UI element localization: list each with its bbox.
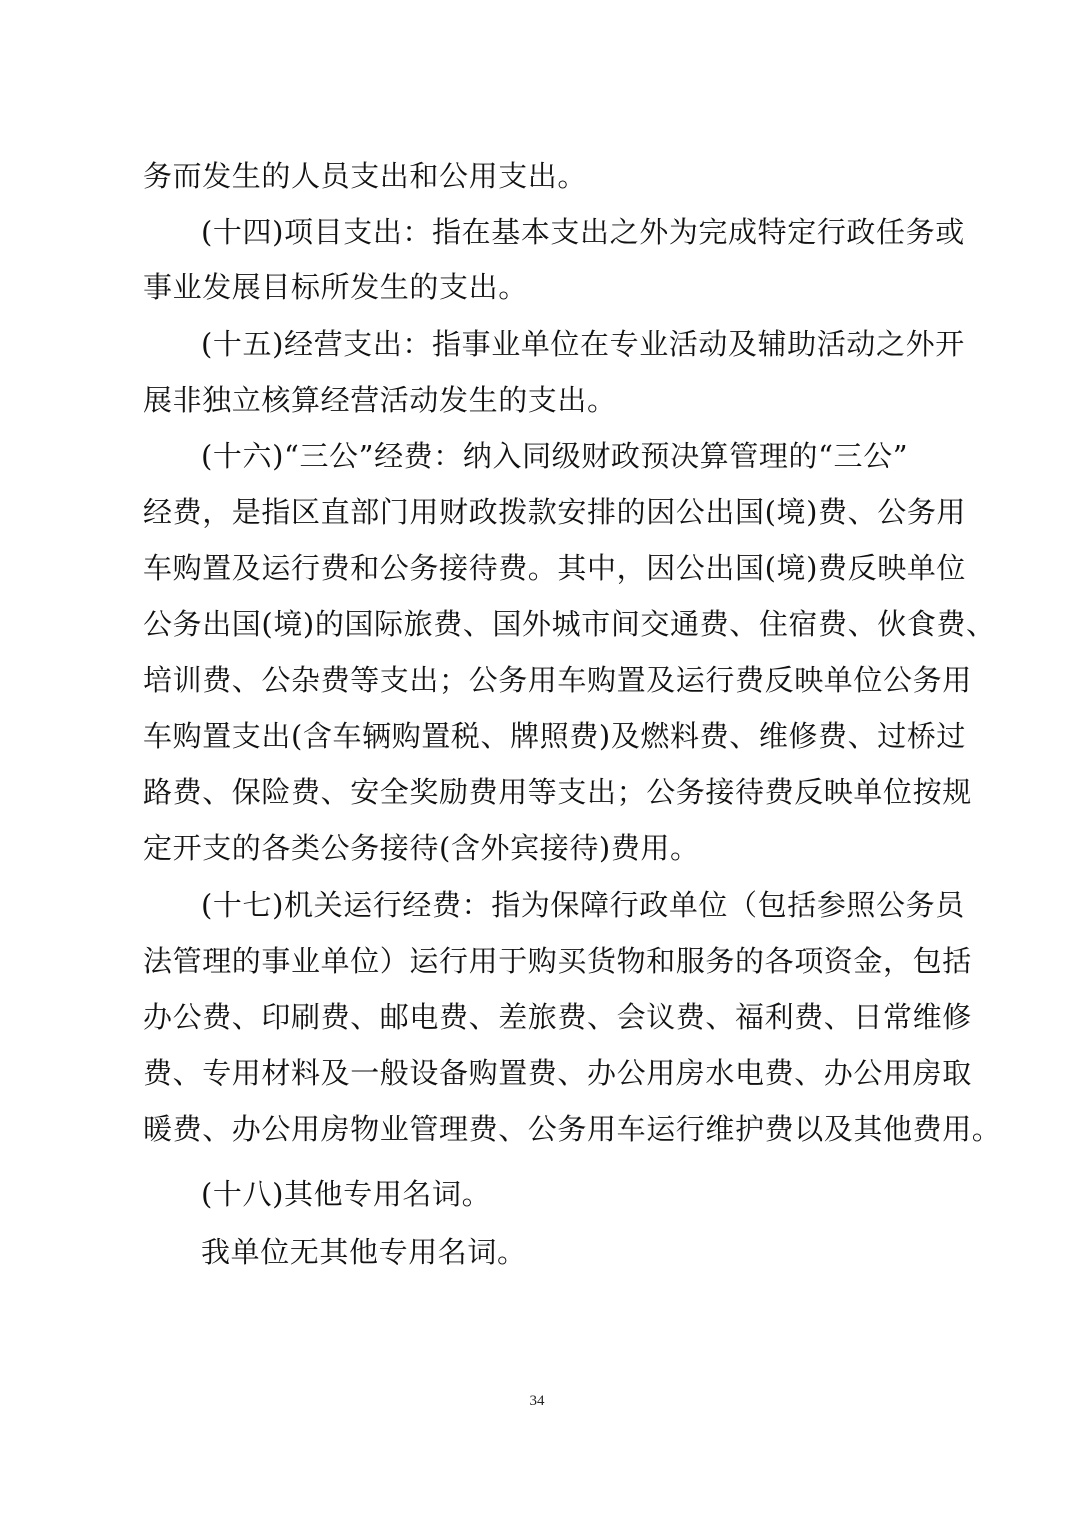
paragraph-line: 暖费、办公用房物业管理费、公务用车运行维护费以及其他费用。	[143, 1109, 1001, 1149]
paragraph-line-item-15: (十五)经营支出：指事业单位在专业活动及辅助活动之外开	[201, 324, 965, 364]
paragraph-line-item-17: (十七)机关运行经费：指为保障行政单位（包括参照公务员	[201, 885, 965, 925]
paragraph-line: 车购置及运行费和公务接待费。其中，因公出国(境)费反映单位	[143, 548, 966, 588]
paragraph-line: 办公费、印刷费、邮电费、差旅费、会议费、福利费、日常维修	[143, 997, 972, 1037]
paragraph-line-item-14: (十四)项目支出：指在基本支出之外为完成特定行政任务或	[201, 212, 965, 252]
paragraph-line: 事业发展目标所发生的支出。	[143, 267, 528, 307]
paragraph-line: 车购置支出(含车辆购置税、牌照费)及燃料费、维修费、过桥过	[143, 716, 966, 756]
paragraph-line: 我单位无其他专用名词。	[201, 1232, 527, 1272]
paragraph-line: 路费、保险费、安全奖励费用等支出；公务接待费反映单位按规	[143, 772, 972, 812]
paragraph-line: 经费，是指区直部门用财政拨款安排的因公出国(境)费、公务用	[143, 492, 966, 532]
paragraph-line-item-16: (十六)“三公”经费：纳入同级财政预决算管理的“三公”	[201, 436, 908, 476]
paragraph-line-item-18: (十八)其他专用名词。	[201, 1174, 491, 1214]
paragraph-line: 公务出国(境)的国际旅费、国外城市间交通费、住宿费、伙食费、	[143, 604, 996, 644]
paragraph-line: 费、专用材料及一般设备购置费、办公用房水电费、办公用房取	[143, 1053, 972, 1093]
page-number: 34	[0, 1393, 1074, 1410]
paragraph-line: 务而发生的人员支出和公用支出。	[143, 156, 587, 196]
paragraph-line: 定开支的各类公务接待(含外宾接待)费用。	[143, 828, 700, 868]
paragraph-line: 培训费、公杂费等支出；公务用车购置及运行费反映单位公务用	[143, 660, 972, 700]
paragraph-line: 法管理的事业单位）运行用于购买货物和服务的各项资金，包括	[143, 941, 972, 981]
paragraph-line: 展非独立核算经营活动发生的支出。	[143, 380, 617, 420]
